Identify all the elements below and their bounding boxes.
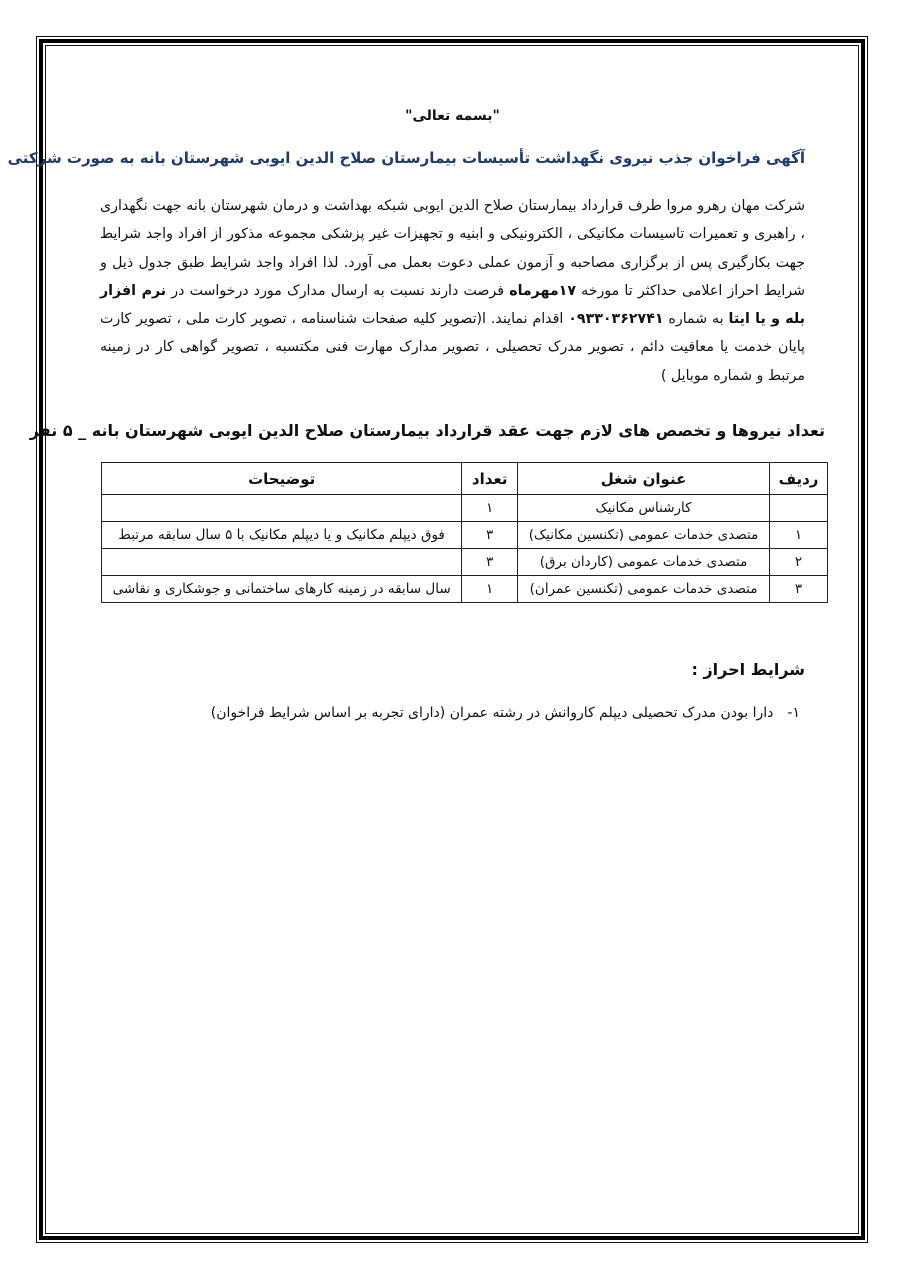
header-description: توضیحات	[102, 463, 462, 495]
cell-job-title: کارشناس مکانیک	[518, 495, 770, 522]
intro-text-2: فرصت دارند نسبت به ارسال مدارک مورد درخو…	[166, 283, 509, 299]
cell-count: ۳	[462, 522, 518, 549]
cell-description: فوق دیپلم مکانیک و یا دیپلم مکانیک با ۵ …	[102, 522, 462, 549]
table-row: ۲ متصدی خدمات عمومی (کاردان برق) ۳	[102, 549, 828, 576]
list-item-text: دارا بودن مدرک تحصیلی دیپلم کاروانش در ر…	[211, 705, 774, 721]
table-row: ۳ متصدی خدمات عمومی (تکنسین عمران) ۱ سال…	[102, 576, 828, 603]
positions-table: ردیف عنوان شغل تعداد توضیحات کارشناس مکا…	[101, 462, 828, 603]
table-header-row: ردیف عنوان شغل تعداد توضیحات	[102, 463, 828, 495]
cell-description	[102, 495, 462, 522]
header-row-number: ردیف	[770, 463, 828, 495]
cell-row-number: ۱	[770, 522, 828, 549]
intro-text-3: به شماره	[664, 311, 729, 327]
cell-row-number: ۲	[770, 549, 828, 576]
deadline-date: ۱۷مهرماه	[509, 283, 576, 299]
cell-description	[102, 549, 462, 576]
header-count: تعداد	[462, 463, 518, 495]
cell-row-number	[770, 495, 828, 522]
conditions-heading: شرایط احراز :	[100, 660, 805, 679]
list-item: ۱-دارا بودن مدرک تحصیلی دیپلم کاروانش در…	[100, 705, 805, 721]
cell-count: ۱	[462, 576, 518, 603]
basmala-heading: "بسمه تعالی"	[100, 108, 805, 124]
intro-paragraph: شرکت مهان رهرو مروا طرف قرارداد بیمارستا…	[100, 192, 805, 390]
contact-phone: ۰۹۳۳۰۳۶۲۷۴۱	[568, 311, 663, 327]
cell-count: ۳	[462, 549, 518, 576]
cell-job-title: متصدی خدمات عمومی (کاردان برق)	[518, 549, 770, 576]
cell-job-title: متصدی خدمات عمومی (تکنسین مکانیک)	[518, 522, 770, 549]
cell-count: ۱	[462, 495, 518, 522]
conditions-list: ۱-دارا بودن مدرک تحصیلی دیپلم کاروانش در…	[100, 705, 805, 721]
header-job-title: عنوان شغل	[518, 463, 770, 495]
list-item-number: ۱-	[787, 705, 800, 721]
table-row: کارشناس مکانیک ۱	[102, 495, 828, 522]
cell-job-title: متصدی خدمات عمومی (تکنسین عمران)	[518, 576, 770, 603]
table-title: تعداد نیروها و تخصص های لازم جهت عقد قرا…	[120, 421, 825, 440]
cell-row-number: ۳	[770, 576, 828, 603]
table-row: ۱ متصدی خدمات عمومی (تکنسین مکانیک) ۳ فو…	[102, 522, 828, 549]
cell-description: سال سابقه در زمینه کارهای ساختمانی و جوش…	[102, 576, 462, 603]
announcement-title: آگهی فراخوان جذب نیروی نگهداشت تأسیسات ب…	[100, 149, 805, 167]
